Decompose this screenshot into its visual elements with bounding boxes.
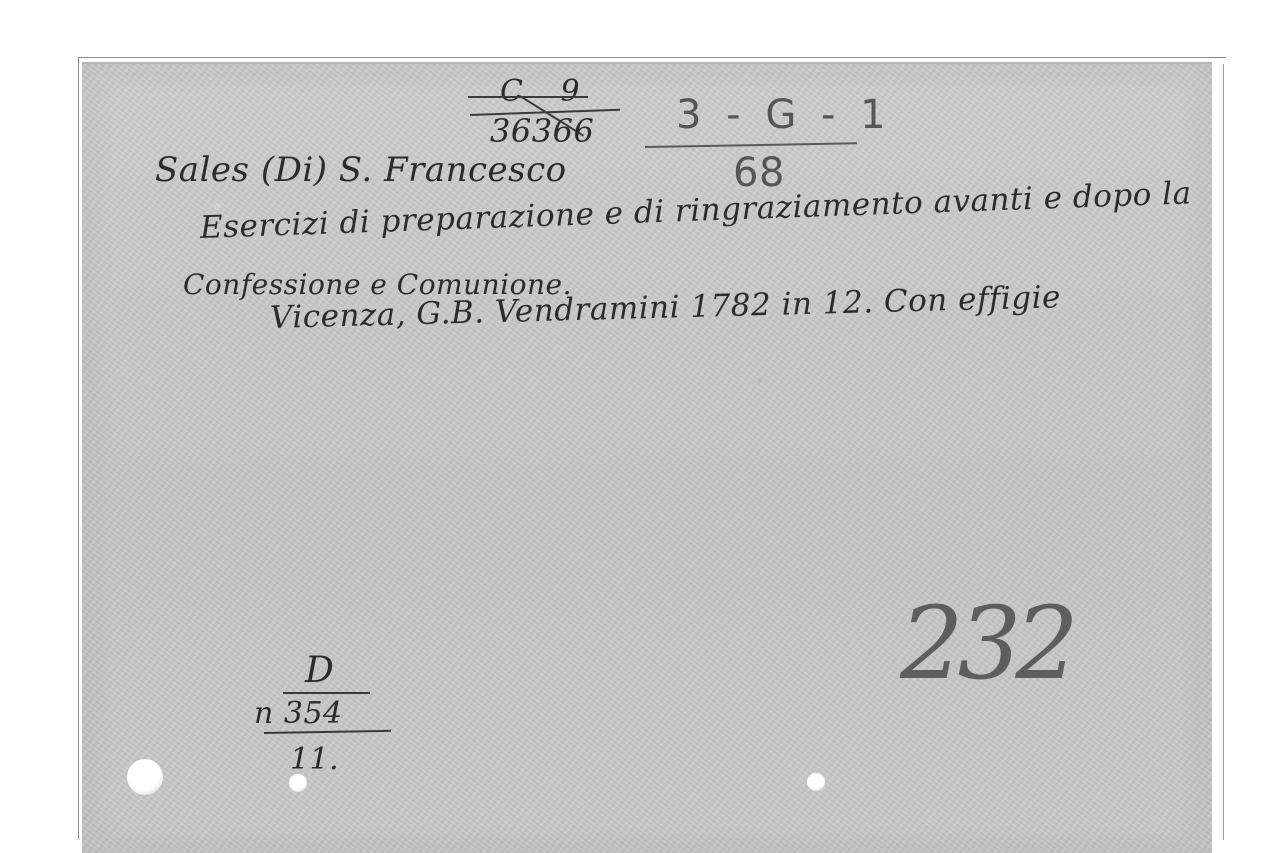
pencil-number: 232 xyxy=(900,585,1073,702)
punch-hole-small-left xyxy=(289,774,307,792)
scan-page: C 9 36366 3 - G - 1 68 Sales (Di) S. Fra… xyxy=(0,0,1280,853)
frame-line-top xyxy=(78,57,1226,58)
bottom-mark-number: n 354 xyxy=(254,696,343,731)
punch-hole-small-right xyxy=(807,773,825,791)
frame-line-left xyxy=(78,57,79,839)
bottom-mark-sub: 11. xyxy=(290,742,339,777)
old-shelfmark-number: 36366 xyxy=(490,112,594,150)
bottom-mark-symbol: D xyxy=(305,650,334,691)
punch-hole-large xyxy=(127,759,163,795)
old-shelfmark-crossed: C 9 xyxy=(500,74,594,109)
entry-author: Sales (Di) S. Francesco xyxy=(155,150,567,190)
strike-line-1 xyxy=(468,96,588,98)
current-shelfmark-top: 3 - G - 1 xyxy=(676,92,892,138)
bottom-mark-rule-1 xyxy=(283,692,370,694)
frame-line-right xyxy=(1223,64,1224,840)
